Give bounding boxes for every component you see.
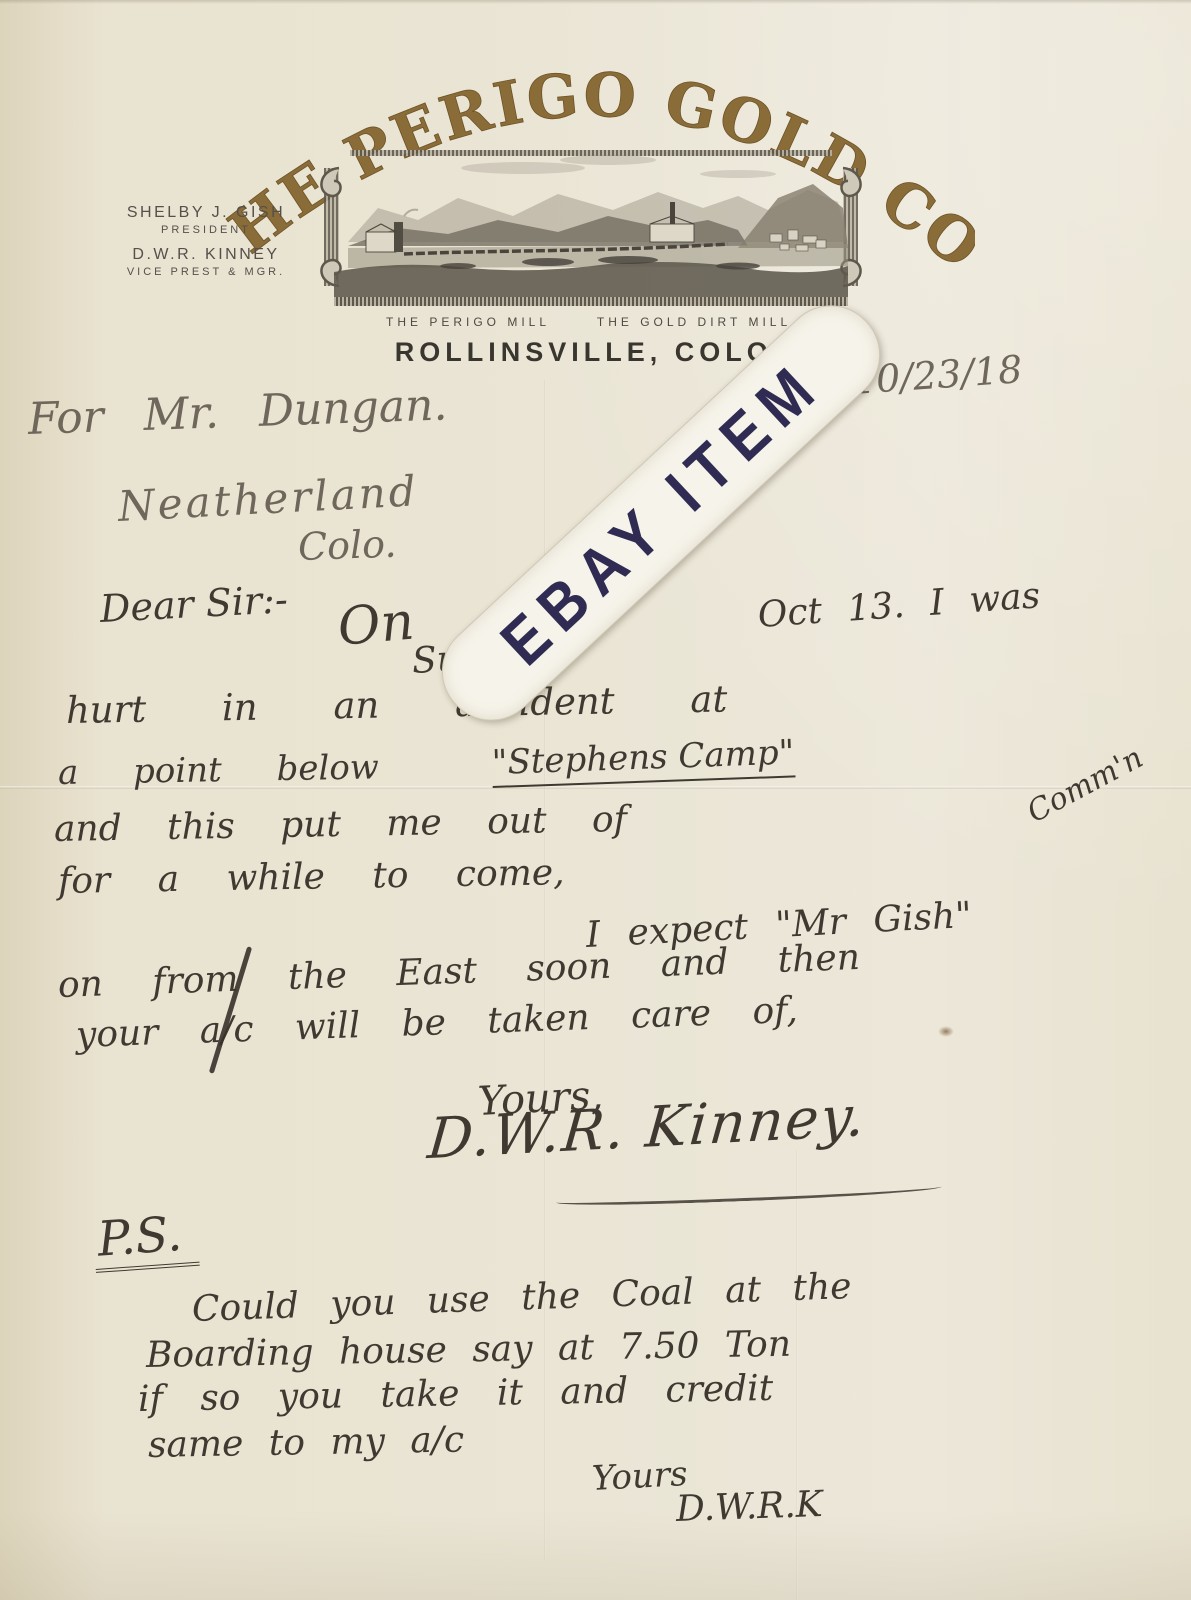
body-line: for a while to come, [58, 855, 565, 900]
ps-initials: D.W.R.K [675, 1487, 823, 1528]
ps-closing: Yours [591, 1457, 688, 1496]
caption-gold-dirt-mill: THE GOLD DIRT MILL [584, 315, 804, 329]
vertical-fold-crease-lower [796, 1150, 798, 1600]
body-word-on: On [336, 595, 416, 653]
ink-stain [938, 1026, 954, 1037]
recipient-state: Colo. [297, 525, 397, 566]
foreground-field [334, 262, 848, 297]
vice-president-name: D.W.R. KINNEY [84, 246, 328, 264]
ps-line: if so you take it and credit [138, 1371, 774, 1418]
scanned-letter-page: THE PERIGO GOLD CO. SHELBY J. GISH PRESI… [0, 0, 1191, 1600]
clouds [461, 155, 776, 178]
salutation: Dear Sir:- [99, 580, 289, 628]
stephens-camp-underlined: "Stephens Camp" [491, 735, 795, 788]
body-line: hurt in an accident at [66, 680, 728, 729]
body-line: a point below [58, 750, 379, 790]
president-name: SHELBY J. GISH [84, 204, 328, 222]
frame-top [350, 150, 832, 156]
ps-line: same to my a/c [148, 1422, 465, 1464]
ps-line: Could you use the Coal at the [191, 1269, 852, 1328]
valley [348, 244, 848, 268]
signature-underline-flourish [556, 1181, 942, 1207]
body-date-phrase: Oct 13. I was [757, 578, 1042, 634]
recipient-line: For Mr. Dungan. [27, 383, 448, 442]
vice-president-title: VICE PREST & MGR. [84, 266, 328, 279]
officers-block: SHELBY J. GISH PRESIDENT D.W.R. KINNEY V… [84, 204, 328, 279]
postscript-label: P.S. [92, 1209, 200, 1273]
ps-line: Boarding house say at 7.50 Ton [146, 1327, 792, 1374]
body-line: your a/c will be taken care of, [75, 993, 798, 1054]
body-line: and this put me out of [54, 802, 628, 848]
scroll-ornament-left [321, 168, 340, 286]
letterhead-engraving [308, 150, 874, 310]
letterhead-location: ROLLINSVILLE, COLO. [370, 337, 810, 368]
caption-perigo-mill: THE PERIGO MILL [358, 315, 578, 329]
recipient-town: Neatherland [117, 470, 420, 528]
president-title: PRESIDENT [84, 224, 328, 237]
frame-bottom [334, 297, 848, 306]
